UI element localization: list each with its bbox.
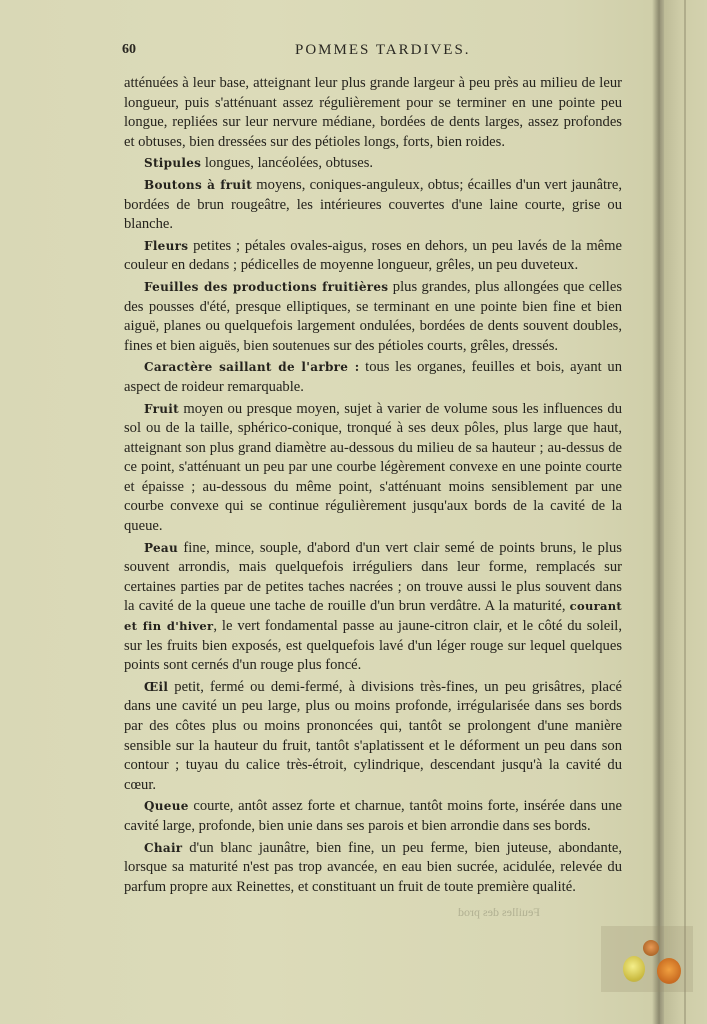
paragraph-lead: Peau (144, 541, 178, 555)
bleed-through-text: Feuilles des prod (380, 905, 540, 919)
page-number: 60 (122, 42, 136, 58)
paragraph-queue: Queue courte, antôt assez forte et charn… (124, 797, 622, 836)
paragraph-boutons: Boutons à fruit moyens, coniques-anguleu… (124, 176, 622, 235)
paragraph-text: petit, fermé ou demi-fermé, à divisions … (124, 679, 622, 793)
paragraph-fruit: Fruit moyen ou presque moyen, sujet à va… (124, 400, 622, 537)
paragraph-lead: Boutons à fruit (144, 178, 252, 192)
apple-icon (643, 940, 659, 956)
paragraph-text: petites ; pétales ovales-aigus, roses en… (124, 238, 622, 274)
paragraph-text: fine, mince, souple, d'abord d'un vert c… (124, 540, 622, 615)
paragraph-oeil: Œil petit, fermé ou demi-fermé, à divisi… (124, 678, 622, 796)
paragraph-lead: Feuilles des productions fruitières (144, 280, 388, 294)
paragraph-caractere: Caractère saillant de l'arbre : tous les… (124, 358, 622, 397)
paragraph-text: longues, lancéolées, obtuses. (201, 155, 373, 171)
paragraph-peau: Peau fine, mince, souple, d'abord d'un v… (124, 539, 622, 676)
paragraph-lead: Fleurs (144, 239, 188, 253)
paragraph-fleurs: Fleurs petites ; pétales ovales-aigus, r… (124, 237, 622, 276)
paragraph-lead: Stipules (144, 156, 201, 170)
book-page: 60 POMMES TARDIVES. atténuées à leur bas… (0, 0, 660, 1024)
paragraph-lead: Caractère saillant de l'arbre : (144, 360, 359, 374)
fruit-illustration-thumbnail (601, 926, 693, 992)
page-fold-line (684, 0, 686, 1024)
paragraph-lead: Queue (144, 799, 189, 813)
body-text: atténuées à leur base, atteignant leur p… (124, 74, 622, 899)
paragraph-feuilles-productions: Feuilles des productions fruitières plus… (124, 278, 622, 356)
paragraph-leaves-continued: atténuées à leur base, atteignant leur p… (124, 74, 622, 152)
apple-icon (657, 958, 681, 984)
paragraph-text: moyen ou presque moyen, sujet à varier d… (124, 401, 622, 535)
paragraph-lead: Œil (144, 680, 168, 694)
apple-icon (623, 956, 645, 982)
paragraph-text: courte, antôt assez forte et charnue, ta… (124, 798, 622, 834)
running-title: POMMES TARDIVES. (295, 42, 471, 59)
paragraph-text: atténuées à leur base, atteignant leur p… (124, 75, 622, 150)
paragraph-lead: Fruit (144, 402, 179, 416)
paragraph-chair: Chair d'un blanc jaunâtre, bien fine, un… (124, 839, 622, 898)
paragraph-stipules: Stipules longues, lancéolées, obtuses. (124, 154, 622, 174)
page-header: 60 POMMES TARDIVES. (120, 42, 640, 62)
paragraph-text: d'un blanc jaunâtre, bien fine, un peu f… (124, 840, 622, 895)
paragraph-lead: Chair (144, 841, 182, 855)
